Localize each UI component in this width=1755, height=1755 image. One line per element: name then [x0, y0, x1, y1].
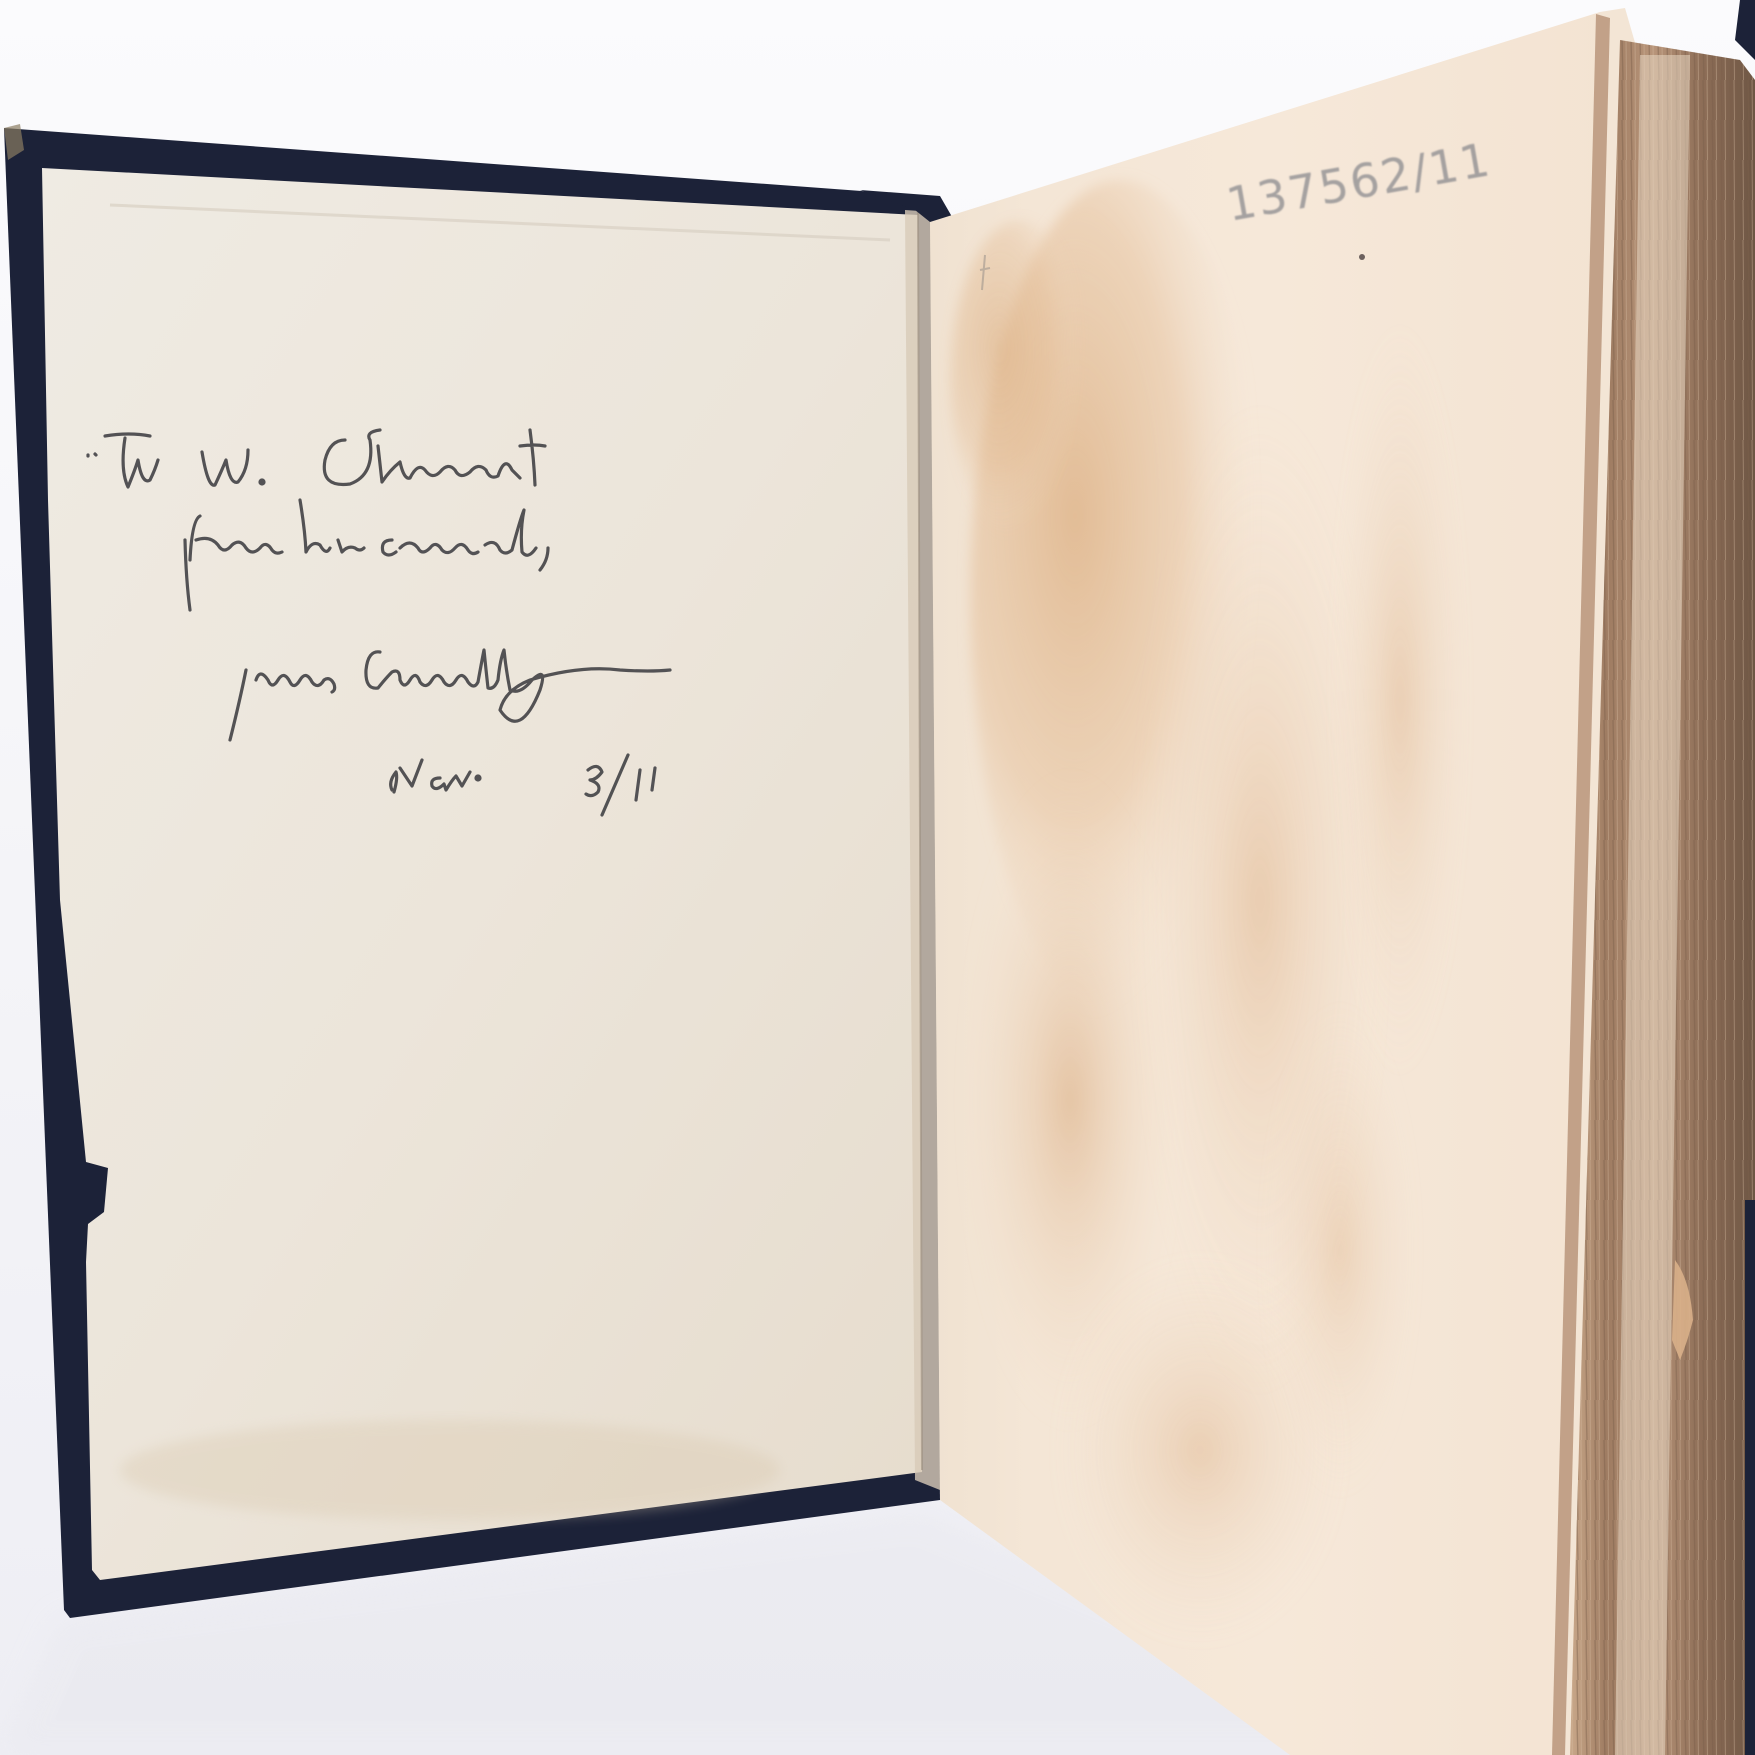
- book-photo-scene: 137562/11 To W. Stewart from his comrade…: [0, 0, 1755, 1755]
- open-book: [0, 0, 1755, 1755]
- left-pastedown-page: [42, 168, 922, 1580]
